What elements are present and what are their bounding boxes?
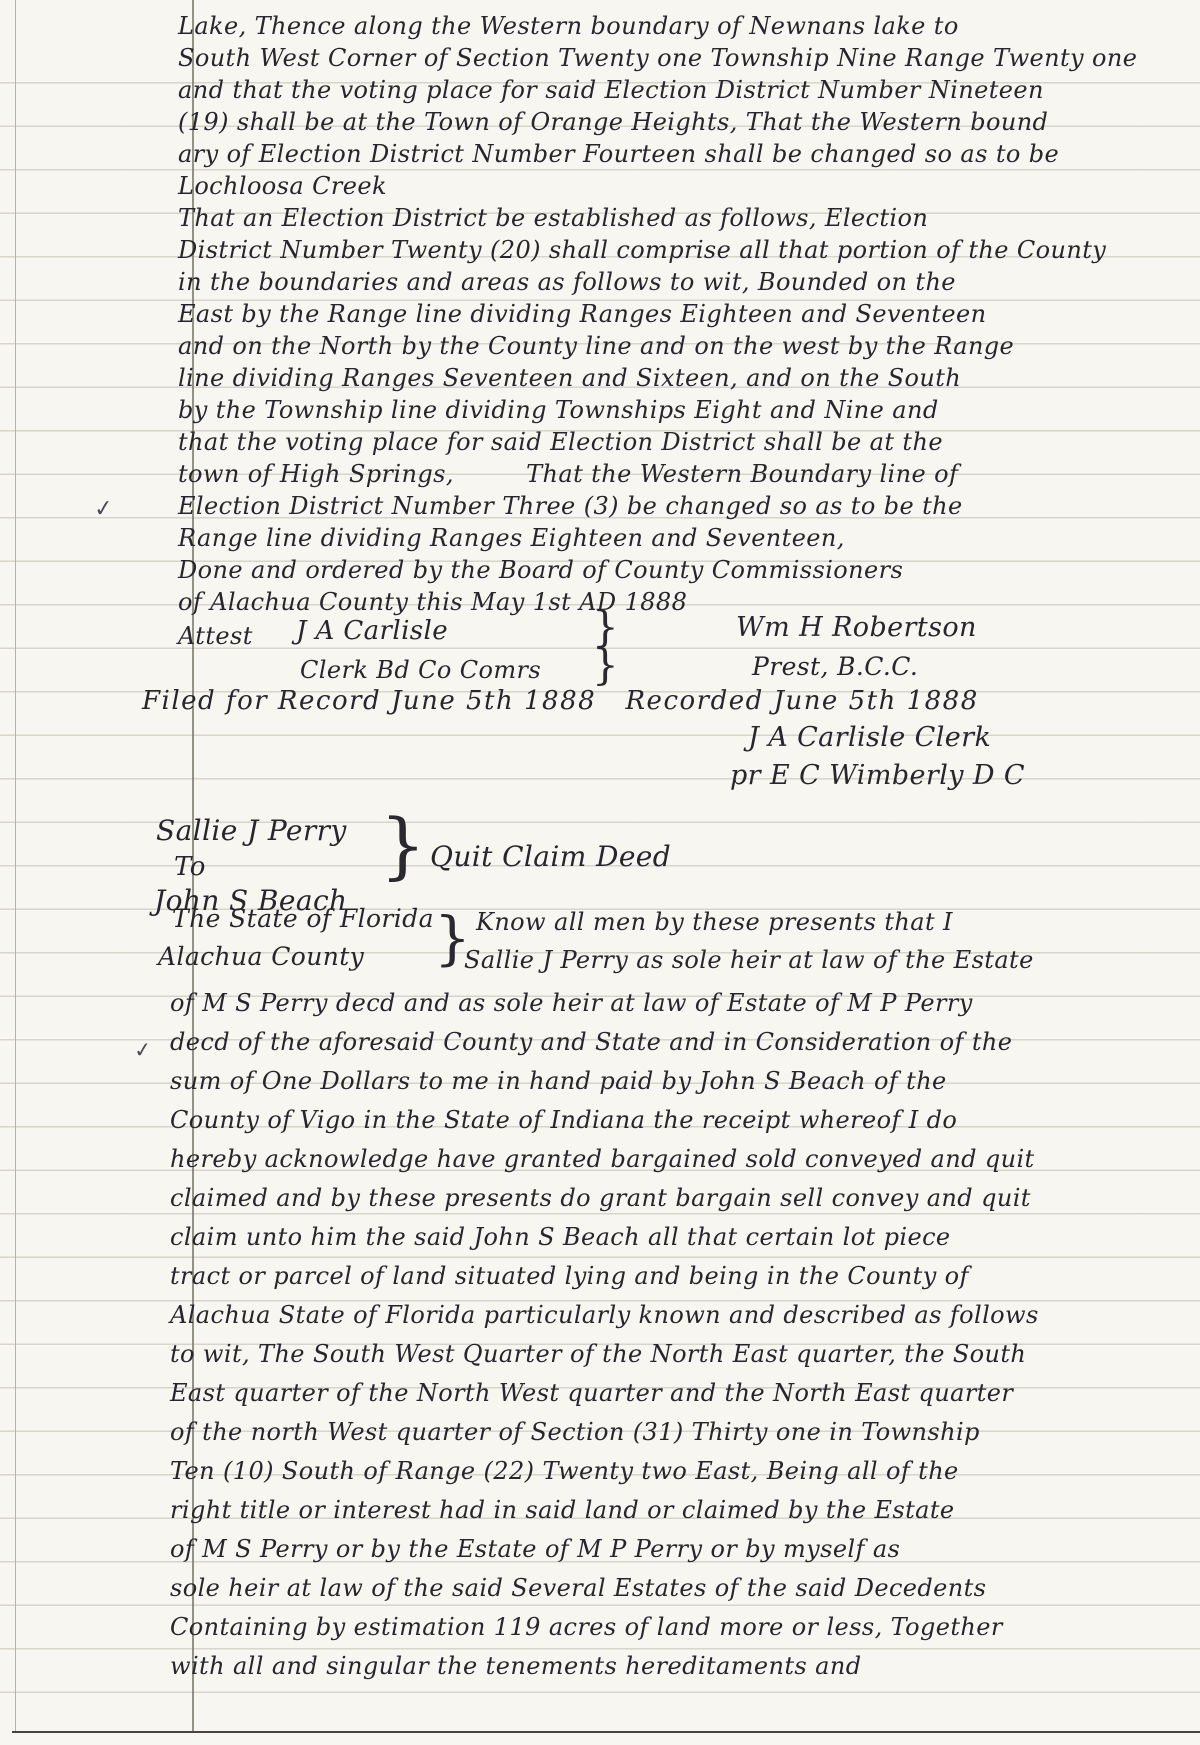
manuscript-line: of the north West quarter of Section (31…	[170, 1413, 1039, 1452]
filed-for-record-line: Filed for Record June 5th 1888 Recorded …	[142, 686, 979, 716]
manuscript-line: County of Vigo in the State of Indiana t…	[170, 1101, 1039, 1140]
manuscript-line: District Number Twenty (20) shall compri…	[178, 234, 1137, 266]
instrument-title: Quit Claim Deed	[430, 840, 671, 873]
manuscript-line: ary of Election District Number Fourteen…	[178, 138, 1137, 170]
manuscript-line: of M S Perry decd and as sole heir at la…	[170, 984, 1039, 1023]
manuscript-line: by the Township line dividing Townships …	[178, 394, 1137, 426]
manuscript-line: tract or parcel of land situated lying a…	[170, 1257, 1039, 1296]
manuscript-line: claimed and by these presents do grant b…	[170, 1179, 1039, 1218]
manuscript-line: East by the Range line dividing Ranges E…	[178, 298, 1137, 330]
manuscript-line: East quarter of the North West quarter a…	[170, 1374, 1039, 1413]
manuscript-line: South West Corner of Section Twenty one …	[178, 42, 1137, 74]
manuscript-line: Lake, Thence along the Western boundary …	[178, 10, 1137, 42]
manuscript-line: sum of One Dollars to me in hand paid by…	[170, 1062, 1039, 1101]
president-signature: Wm H Robertson	[736, 612, 977, 643]
clerk-signature: J A Carlisle	[296, 616, 448, 646]
manuscript-line: to wit, The South West Quarter of the No…	[170, 1335, 1039, 1374]
manuscript-line: Lochloosa Creek	[178, 170, 1137, 202]
attest-label: Attest	[178, 622, 253, 650]
deed-opening-line: Know all men by these presents that I	[476, 908, 953, 936]
attest-brace: } }	[592, 608, 619, 684]
manuscript-line: Alachua State of Florida particularly kn…	[170, 1296, 1039, 1335]
left-edge-rule	[15, 0, 16, 1733]
manuscript-line: Election District Number Three (3) be ch…	[178, 490, 1137, 522]
manuscript-line: right title or interest had in said land…	[170, 1491, 1039, 1530]
margin-checkmark: ✓	[93, 495, 115, 523]
manuscript-line: town of High Springs, That the Western B…	[178, 458, 1137, 490]
manuscript-line: of M S Perry or by the Estate of M P Per…	[170, 1530, 1039, 1569]
venue-state: The State of Florida	[172, 904, 434, 933]
manuscript-line: in the boundaries and areas as follows t…	[178, 266, 1137, 298]
manuscript-line: That an Election District be established…	[178, 202, 1137, 234]
clerk-title: Clerk Bd Co Comrs	[300, 656, 541, 684]
manuscript-line: Done and ordered by the Board of County …	[178, 554, 1137, 586]
deed-opening-line: Sallie J Perry as sole heir at law of th…	[464, 946, 1034, 974]
manuscript-line: (19) shall be at the Town of Orange Heig…	[178, 106, 1137, 138]
manuscript-line: hereby acknowledge have granted bargaine…	[170, 1140, 1039, 1179]
manuscript-line: that the voting place for said Election …	[178, 426, 1137, 458]
manuscript-line: decd of the aforesaid County and State a…	[170, 1023, 1039, 1062]
venue-county: Alachua County	[158, 942, 364, 971]
margin-checkmark: ✓	[133, 1037, 153, 1063]
manuscript-line: and on the North by the County line and …	[178, 330, 1137, 362]
manuscript-line: and that the voting place for said Elect…	[178, 74, 1137, 106]
manuscript-line: claim unto him the said John S Beach all…	[170, 1218, 1039, 1257]
manuscript-line: of Alachua County this May 1st AD 1888	[178, 586, 1137, 618]
recording-clerk-signature: J A Carlisle Clerk	[748, 722, 991, 753]
commissioners-order-text: Lake, Thence along the Western boundary …	[178, 10, 1137, 618]
manuscript-line: line dividing Ranges Seventeen and Sixte…	[178, 362, 1137, 394]
manuscript-line: sole heir at law of the said Several Est…	[170, 1569, 1039, 1608]
manuscript-line: Range line dividing Ranges Eighteen and …	[178, 522, 1137, 554]
manuscript-line: with all and singular the tenements here…	[170, 1647, 1039, 1686]
caption-brace: }	[380, 800, 426, 890]
brace-glyph: }	[592, 646, 619, 684]
quit-claim-deed-text: of M S Perry decd and as sole heir at la…	[170, 984, 1039, 1686]
president-title: Prest, B.C.C.	[752, 652, 918, 681]
page-bottom-rule	[12, 1731, 1200, 1733]
to-label: To	[174, 852, 206, 882]
manuscript-line: Containing by estimation 119 acres of la…	[170, 1608, 1039, 1647]
deputy-clerk-signature: pr E C Wimberly D C	[730, 760, 1025, 791]
record-book-page: ✓ ✓ Lake, Thence along the Western bound…	[0, 0, 1200, 1745]
manuscript-line: Ten (10) South of Range (22) Twenty two …	[170, 1452, 1039, 1491]
grantor-name: Sallie J Perry	[156, 814, 347, 847]
